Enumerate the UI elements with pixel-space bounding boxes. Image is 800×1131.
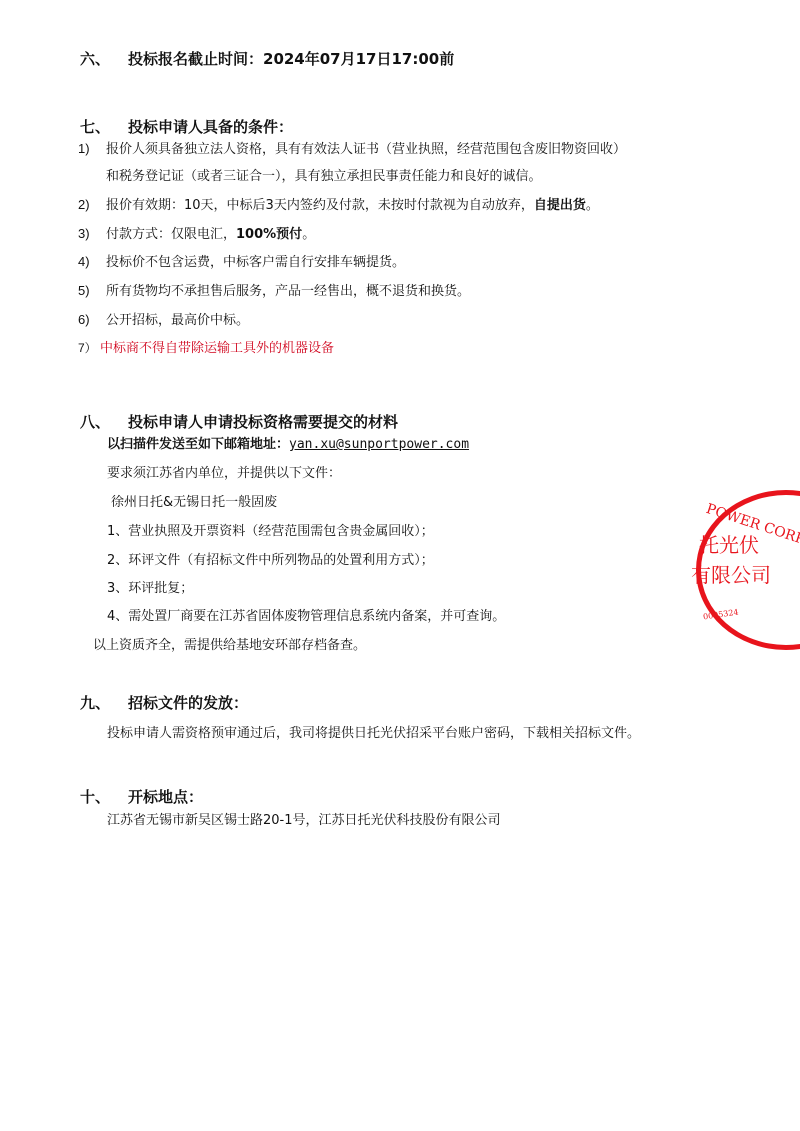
requirement-text: 要求须江苏省内单位，并提供以下文件： <box>107 462 341 481</box>
section-title: 投标申请人具备的条件： <box>128 118 293 136</box>
section-nine-text: 投标申请人需资格预审通过后，我司将提供日托光伏招采平台账户密码，下载相关招标文件… <box>107 722 640 741</box>
doc-item-3: 3、环评批复； <box>107 577 193 596</box>
company-seal: POWER CORP.,LTD. 托光伏 有限公司 0005324 <box>696 490 800 650</box>
item-number: 6) <box>78 312 106 327</box>
section-seven-heading: 七、投标申请人具备的条件： <box>80 116 293 137</box>
section-number: 九、 <box>80 692 128 713</box>
section-number: 六、 <box>80 48 128 69</box>
item-tail: 。 <box>586 198 599 213</box>
section-title: 投标申请人申请投标资格需要提交的材料 <box>128 413 398 431</box>
item-number: 5) <box>78 283 106 298</box>
condition-item-4: 4)投标价不包含运费，中标客户需自行安排车辆提货。 <box>78 251 405 270</box>
seal-line-2: 有限公司 <box>691 559 771 588</box>
item-bold-text: 自提出货 <box>534 198 586 213</box>
section-number: 十、 <box>80 786 128 807</box>
item-number: 4) <box>78 254 106 269</box>
condition-item-1-cont: 和税务登记证（或者三证合一），具有独立承担民事责任能力和良好的诚信。 <box>106 165 542 184</box>
section-title: 开标地点： <box>128 788 203 806</box>
item-text: 公开招标，最高价中标。 <box>106 313 249 328</box>
doc-item-4: 4、需处置厂商要在江苏省固体废物管理信息系统内备案，并可查询。 <box>107 605 505 624</box>
condition-item-7: 7）中标商不得自带除运输工具外的机器设备 <box>78 337 334 356</box>
seal-line-1: 托光伏 <box>699 529 759 558</box>
condition-item-1: 1)报价人须具备独立法人资格，具有有效法人证书（营业执照，经营范围包含废旧物资回… <box>78 138 626 157</box>
item-tail: 。 <box>302 227 315 242</box>
doc-item-1: 1、营业执照及开票资料（经营范围需包含贵金属回收）； <box>107 520 434 539</box>
email-link[interactable]: yan.xu@sunportpower.com <box>289 437 469 452</box>
item-text: 报价有效期：10天，中标后3天内签约及付款，未按时付款视为自动放弃， <box>106 198 534 213</box>
email-label: 以扫描件发送至如下邮箱地址： <box>107 437 289 452</box>
section-ten-heading: 十、开标地点： <box>80 786 203 807</box>
doc-item-2: 2、环评文件（有招标文件中所列物品的处置利用方式）； <box>107 549 434 568</box>
section-nine-heading: 九、招标文件的发放： <box>80 692 248 713</box>
section-six-heading: 六、投标报名截止时间：2024年07月17日17:00前 <box>80 48 454 69</box>
item-number: 3) <box>78 226 106 241</box>
waste-category: 徐州日托&无锡日托一般固废 <box>111 491 277 510</box>
item-text: 付款方式：仅限电汇， <box>106 227 236 242</box>
item-number: 1) <box>78 141 106 156</box>
item-text: 所有货物均不承担售后服务，产品一经售出，概不退货和换货。 <box>106 284 470 299</box>
item-text: 和税务登记证（或者三证合一），具有独立承担民事责任能力和良好的诚信。 <box>106 169 542 184</box>
opening-address: 江苏省无锡市新吴区锡士路20-1号，江苏日托光伏科技股份有限公司 <box>107 809 501 828</box>
condition-item-6: 6)公开招标，最高价中标。 <box>78 309 249 328</box>
condition-item-3: 3)付款方式：仅限电汇，100%预付。 <box>78 223 315 242</box>
item-number: 2) <box>78 197 106 212</box>
item-text-red: 中标商不得自带除运输工具外的机器设备 <box>100 341 334 356</box>
section-title: 招标文件的发放： <box>128 694 248 712</box>
email-line: 以扫描件发送至如下邮箱地址：yan.xu@sunportpower.com <box>107 433 469 452</box>
qualification-note: 以上资质齐全，需提供给基地安环部存档备查。 <box>93 634 366 653</box>
condition-item-2: 2)报价有效期：10天，中标后3天内签约及付款，未按时付款视为自动放弃，自提出货… <box>78 194 599 213</box>
section-eight-heading: 八、投标申请人申请投标资格需要提交的材料 <box>80 411 398 432</box>
item-bold-text: 100%预付 <box>236 227 302 242</box>
item-text: 投标价不包含运费，中标客户需自行安排车辆提货。 <box>106 255 405 270</box>
seal-code: 0005324 <box>703 608 740 622</box>
section-number: 八、 <box>80 411 128 432</box>
section-number: 七、 <box>80 116 128 137</box>
item-text: 报价人须具备独立法人资格，具有有效法人证书（营业执照，经营范围包含废旧物资回收） <box>106 142 626 157</box>
condition-item-5: 5)所有货物均不承担售后服务，产品一经售出，概不退货和换货。 <box>78 280 470 299</box>
section-title: 投标报名截止时间：2024年07月17日17:00前 <box>128 50 454 68</box>
